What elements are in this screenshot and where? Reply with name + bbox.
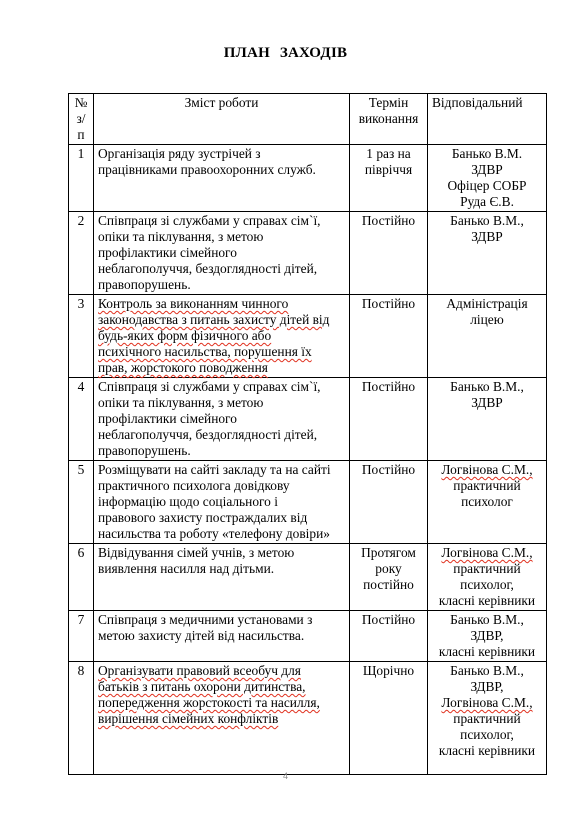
- header-number: № з/ п: [69, 94, 94, 145]
- table-row: 2Співпраця зі службами у справах сім`ї,о…: [69, 212, 547, 295]
- row-content-line: Співпраця з медичними установами з: [98, 612, 345, 628]
- table-row: 1Організація ряду зустрічей зпрацівникам…: [69, 145, 547, 212]
- row-content-line: Організувати правовий всеобуч для: [98, 663, 345, 679]
- row-content-line: інформацію щодо соціального і: [98, 494, 345, 510]
- row-responsible-line: практичний: [432, 561, 542, 577]
- plan-table: № з/ п Зміст роботи Термін виконання Від…: [68, 93, 547, 775]
- row-responsible-line: ЗДВР: [432, 229, 542, 245]
- row-responsible-line: Адміністрація: [432, 296, 542, 312]
- row-term: Постійно: [350, 611, 428, 662]
- header-term-line: Термін: [354, 95, 423, 111]
- row-content-line: законодавства з питань захисту дітей від: [98, 312, 345, 328]
- row-number: 3: [69, 295, 94, 378]
- row-term-line: Постійно: [354, 296, 423, 312]
- table-row: 7Співпраця з медичними установами зметою…: [69, 611, 547, 662]
- row-responsible: Банько В.М.,ЗДВР,Логвінова С.М.,практичн…: [428, 662, 547, 775]
- row-content-line: метою захисту дітей від насильства.: [98, 628, 345, 644]
- row-content-line: неблагополуччя, бездоглядності дітей,: [98, 427, 345, 443]
- row-content-line: прав, жорстокого поводження: [98, 360, 345, 376]
- row-number: 7: [69, 611, 94, 662]
- row-number: 6: [69, 544, 94, 611]
- row-content-line: правового захисту постраждалих від: [98, 510, 345, 526]
- row-term-line: Постійно: [354, 213, 423, 229]
- row-term: Постійно: [350, 461, 428, 544]
- header-term: Термін виконання: [350, 94, 428, 145]
- row-responsible-line: практичний: [432, 478, 542, 494]
- row-content: Співпраця зі службами у справах сім`ї,оп…: [94, 212, 350, 295]
- header-term-line: виконання: [354, 111, 423, 127]
- row-content-line: Контроль за виконанням чинного: [98, 296, 345, 312]
- table-row: 6Відвідування сімей учнів, з метоювиявле…: [69, 544, 547, 611]
- row-responsible-line: ЗДВР: [432, 395, 542, 411]
- row-content-line: попередження жорстокості та насилля,: [98, 695, 345, 711]
- row-term: Постійно: [350, 212, 428, 295]
- row-content-line: Організація ряду зустрічей з: [98, 146, 345, 162]
- row-content: Відвідування сімей учнів, з метоювиявлен…: [94, 544, 350, 611]
- row-content: Співпраця з медичними установами зметою …: [94, 611, 350, 662]
- row-content: Організація ряду зустрічей зпрацівниками…: [94, 145, 350, 212]
- row-responsible-line: психолог,: [432, 727, 542, 743]
- row-content: Розміщувати на сайті закладу та на сайті…: [94, 461, 350, 544]
- row-content-line: профілактики сімейного: [98, 245, 345, 261]
- row-responsible-line: практичний: [432, 711, 542, 727]
- row-content-line: профілактики сімейного: [98, 411, 345, 427]
- row-number: 5: [69, 461, 94, 544]
- table-row: 3Контроль за виконанням чинногозаконодав…: [69, 295, 547, 378]
- row-responsible: Адміністраціяліцею: [428, 295, 547, 378]
- table-row: 5Розміщувати на сайті закладу та на сайт…: [69, 461, 547, 544]
- row-responsible-line: Банько В.М.,: [432, 663, 542, 679]
- row-responsible: Логвінова С.М.,практичнийпсихолог,класні…: [428, 544, 547, 611]
- row-responsible-line: психолог: [432, 494, 542, 510]
- row-content-line: Розміщувати на сайті закладу та на сайті: [98, 462, 345, 478]
- row-responsible: Банько В.М.ЗДВРОфіцер СОБРРуда Є.В.: [428, 145, 547, 212]
- row-responsible-line: ЗДВР,: [432, 628, 542, 644]
- row-responsible-line: Логвінова С.М.,: [432, 462, 542, 478]
- table-body: 1Організація ряду зустрічей зпрацівникам…: [69, 145, 547, 775]
- row-content-line: практичного психолога довідкову: [98, 478, 345, 494]
- document-title: ПЛАН ЗАХОДІВ: [0, 45, 571, 62]
- row-content-line: опіки та піклування, з метою: [98, 229, 345, 245]
- row-term-line: півріччя: [354, 162, 423, 178]
- row-content: Співпраця зі службами у справах сім`ї,оп…: [94, 378, 350, 461]
- row-content-line: насильства та роботу «телефону довіри»: [98, 526, 345, 542]
- row-number: 2: [69, 212, 94, 295]
- row-responsible-line: класні керівники: [432, 593, 542, 609]
- row-content-line: вирішення сімейних конфліктів: [98, 711, 345, 727]
- header-content: Зміст роботи: [94, 94, 350, 145]
- row-content-line: правопорушень.: [98, 277, 345, 293]
- row-responsible-line: психолог,: [432, 577, 542, 593]
- row-term: Протягомрокупостійно: [350, 544, 428, 611]
- header-number-line: №: [71, 95, 91, 111]
- row-number: 4: [69, 378, 94, 461]
- row-term-line: року: [354, 561, 423, 577]
- header-responsible: Відповідальний: [428, 94, 547, 145]
- row-responsible-line: Банько В.М.: [432, 146, 542, 162]
- row-term: Постійно: [350, 378, 428, 461]
- row-responsible-line: Банько В.М.,: [432, 379, 542, 395]
- row-term-line: Протягом: [354, 545, 423, 561]
- row-term: Постійно: [350, 295, 428, 378]
- table-header-row: № з/ п Зміст роботи Термін виконання Від…: [69, 94, 547, 145]
- row-content-line: Відвідування сімей учнів, з метою: [98, 545, 345, 561]
- row-responsible-line: Руда Є.В.: [432, 194, 542, 210]
- row-responsible: Логвінова С.М.,практичнийпсихолог: [428, 461, 547, 544]
- row-responsible-line: класні керівники: [432, 644, 542, 660]
- row-responsible-line: ЗДВР: [432, 162, 542, 178]
- row-term: Щорічно: [350, 662, 428, 775]
- row-responsible-line: ліцею: [432, 312, 542, 328]
- row-content-line: правопорушень.: [98, 443, 345, 459]
- row-responsible: Банько В.М.,ЗДВР: [428, 212, 547, 295]
- table-row: 4Співпраця зі службами у справах сім`ї,о…: [69, 378, 547, 461]
- row-number: 1: [69, 145, 94, 212]
- row-responsible-line: класні керівники: [432, 743, 542, 759]
- header-number-line: п: [71, 127, 91, 143]
- table-row: 8Організувати правовий всеобуч длябатькі…: [69, 662, 547, 775]
- row-term-line: Постійно: [354, 379, 423, 395]
- row-term-line: Щорічно: [354, 663, 423, 679]
- row-term-line: Постійно: [354, 462, 423, 478]
- row-content-line: будь-яких форм фізичного або: [98, 328, 345, 344]
- row-content-line: Співпраця зі службами у справах сім`ї,: [98, 213, 345, 229]
- row-content-line: працівниками правоохоронних служб.: [98, 162, 345, 178]
- row-term-line: 1 раз на: [354, 146, 423, 162]
- row-responsible: Банько В.М.,ЗДВР: [428, 378, 547, 461]
- row-number: 8: [69, 662, 94, 775]
- row-content-line: виявлення насилля над дітьми.: [98, 561, 345, 577]
- page-number: 4: [0, 771, 571, 781]
- row-content-line: Співпраця зі службами у справах сім`ї,: [98, 379, 345, 395]
- row-responsible-line: Банько В.М.,: [432, 213, 542, 229]
- row-responsible-line: Офіцер СОБР: [432, 178, 542, 194]
- row-responsible-line: Логвінова С.М.,: [432, 545, 542, 561]
- row-content: Організувати правовий всеобуч длябатьків…: [94, 662, 350, 775]
- row-content: Контроль за виконанням чинногозаконодавс…: [94, 295, 350, 378]
- row-content-line: неблагополуччя, бездоглядності дітей,: [98, 261, 345, 277]
- row-content-line: психічного насильства, порушення їх: [98, 344, 345, 360]
- row-responsible-line: Логвінова С.М.,: [432, 695, 542, 711]
- header-number-line: з/: [71, 111, 91, 127]
- row-term-line: постійно: [354, 577, 423, 593]
- row-content-line: опіки та піклування, з метою: [98, 395, 345, 411]
- row-term-line: Постійно: [354, 612, 423, 628]
- row-responsible: Банько В.М.,ЗДВР,класні керівники: [428, 611, 547, 662]
- row-responsible-line: Банько В.М.,: [432, 612, 542, 628]
- row-content-line: батьків з питань охорони дитинства,: [98, 679, 345, 695]
- row-term: 1 раз напівріччя: [350, 145, 428, 212]
- row-responsible-line: ЗДВР,: [432, 679, 542, 695]
